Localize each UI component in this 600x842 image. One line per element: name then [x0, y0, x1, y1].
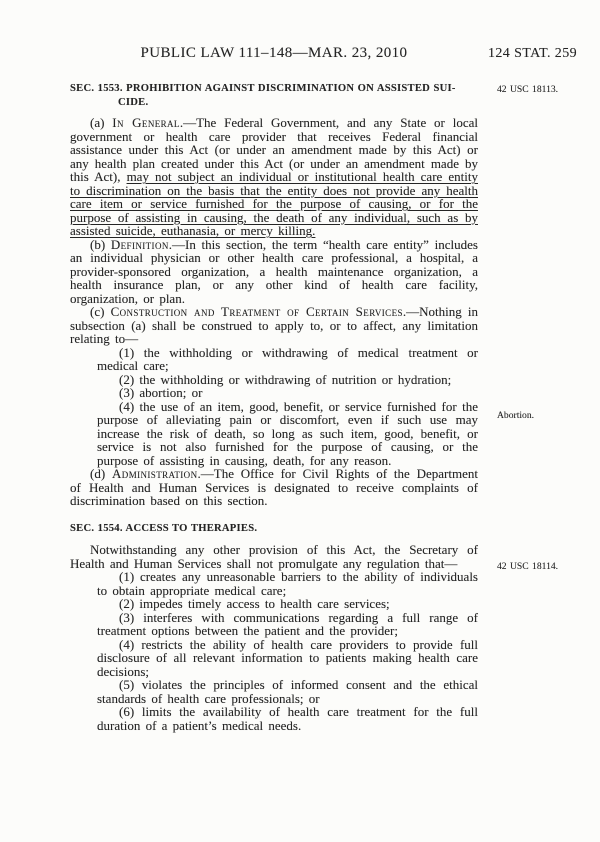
margin-note-abortion: Abortion.	[497, 410, 589, 422]
sec-1554-heading: SEC. 1554. ACCESS TO THERAPIES.	[70, 522, 478, 536]
clause-1553-c-1: (1) the withholding or withdrawing of me…	[97, 346, 478, 373]
clause-1554-1: (1) creates any unreasonable barriers to…	[97, 570, 478, 597]
statute-text-column: SEC. 1553. PROHIBITION AGAINST DISCRIMIN…	[70, 82, 478, 732]
clause-1553-c-2: (2) the withholding or withdrawing of nu…	[97, 373, 478, 387]
margin-note-usc-18113: 42 USC 18113.	[497, 84, 589, 96]
sec-1553-heading: SEC. 1553. PROHIBITION AGAINST DISCRIMIN…	[70, 82, 478, 109]
sec-1553-heading-line1: SEC. 1553. PROHIBITION AGAINST DISCRIMIN…	[70, 83, 456, 94]
clause-1554-5: (5) violates the principles of informed …	[97, 678, 478, 705]
paragraph-1553-d: (d) Administration.—The Office for Civil…	[70, 467, 478, 508]
paragraph-1553-a: (a) In General.—The Federal Government, …	[70, 116, 478, 238]
running-head-stat-page: 124 STAT. 259	[488, 46, 577, 62]
clause-1554-4: (4) restricts the ability of health care…	[97, 638, 478, 679]
clause-1554-2: (2) impedes timely access to health care…	[97, 597, 478, 611]
running-head-law-title: PUBLIC LAW 111–148—MAR. 23, 2010	[70, 45, 478, 62]
clause-1554-6: (6) limits the availability of health ca…	[97, 705, 478, 732]
clause-1553-c-3: (3) abortion; or	[97, 386, 478, 400]
paragraph-1553-b: (b) Definition.—In this section, the ter…	[70, 238, 478, 306]
clause-1554-3: (3) interferes with communications regar…	[97, 611, 478, 638]
clause-1553-c-4: (4) the use of an item, good, benefit, o…	[97, 400, 478, 468]
margin-note-usc-18114: 42 USC 18114.	[497, 561, 589, 573]
paragraph-1554-intro: Notwithstanding any other provision of t…	[70, 543, 478, 570]
sec-1553-heading-line2: CIDE.	[118, 97, 148, 108]
paragraph-1553-c: (c) Construction and Treatment of Certai…	[70, 305, 478, 346]
paragraph-1553-a-underlined-text: may not subject an individual or institu…	[70, 169, 478, 238]
statute-page: PUBLIC LAW 111–148—MAR. 23, 2010 124 STA…	[0, 0, 600, 842]
